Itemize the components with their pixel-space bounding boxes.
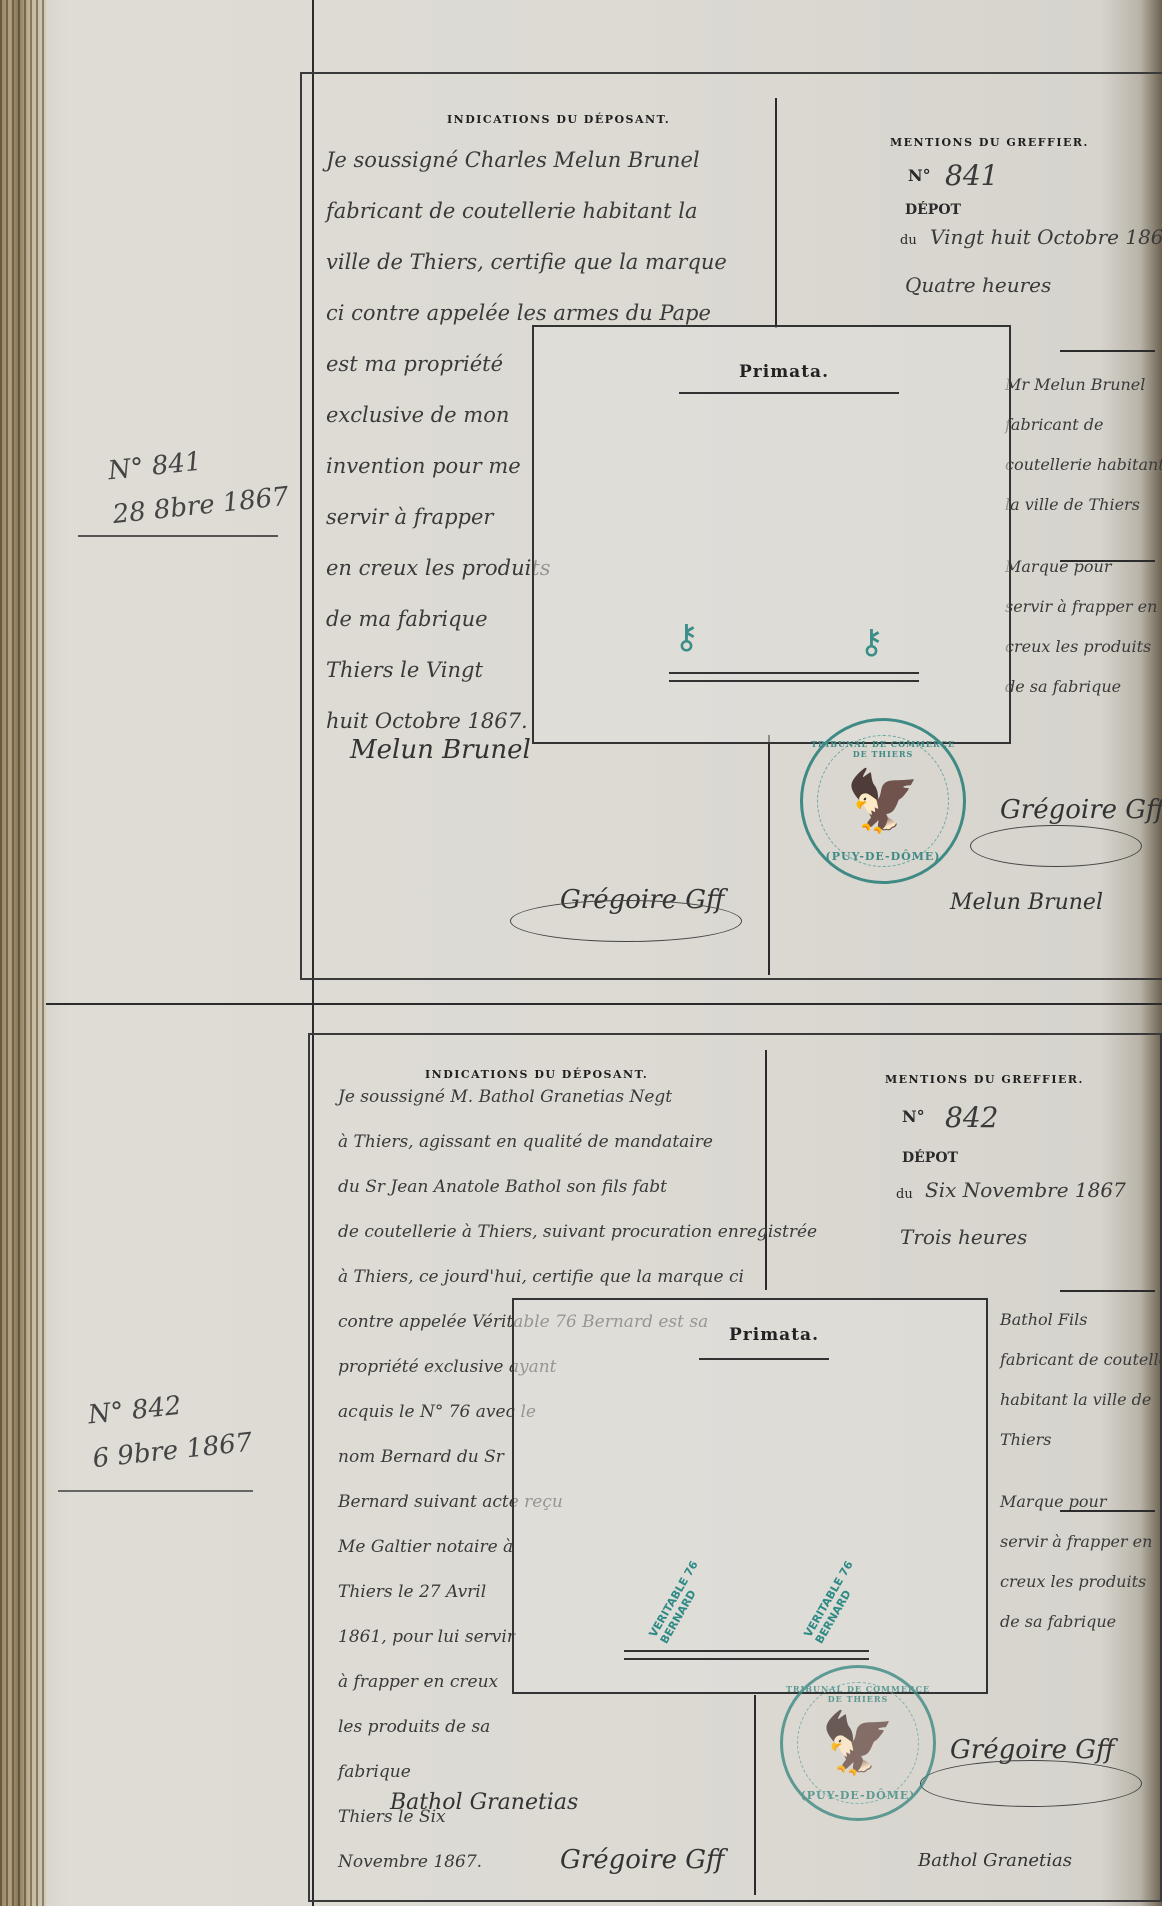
court-seal: TRIBUNAL DE COMMERCE DE THIERS 🦅 (PUY-DE… [780,1665,936,1821]
depot-time: Trois heures [900,1212,1027,1263]
eagle-icon: 🦅 [821,1708,896,1779]
signature-flourish [920,1760,1142,1807]
signature-flourish [510,900,742,942]
deposant-header: INDICATIONS DU DÉPOSANT. [447,113,670,126]
mark-baseline [669,672,919,682]
greffier-header: MENTIONS DU GREFFIER. [890,136,1089,149]
depot-time: Quatre heures [905,260,1051,311]
greffier-header: MENTIONS DU GREFFIER. [885,1073,1084,1086]
crossed-keys-stamp-icon: ⚷ [859,622,884,662]
mark-box-record-2: Primata. VERITABLE 76 BERNARD VERITABLE … [512,1298,988,1694]
record-1-column-divider [775,98,777,328]
greffier-depositor-signature: Bathol Granetias [918,1850,1072,1871]
greffier-clerk-signature: Grégoire Gff [1000,795,1162,825]
depot-date: Six Novembre 1867 [925,1165,1126,1216]
record-separator [46,1003,1162,1005]
margin-underline [78,535,278,537]
greffier-notes: Mr Melun Brunel fabricant de coutellerie… [1005,365,1162,707]
depot-date: Vingt huit Octobre 1867 [930,212,1162,263]
greffier-number-label: N° [908,166,931,185]
margin-note-record-2: N° 842 6 9bre 1867 [86,1377,255,1481]
du-label: du [896,1187,913,1202]
registry-page: N° 841 28 8bre 1867 INDICATIONS DU DÉPOS… [0,0,1162,1906]
veritable-stamp: VERITABLE 76 BERNARD [646,1559,711,1646]
greffier-number-label: N° [902,1107,925,1126]
signature-flourish [970,825,1142,867]
greffier-number-value: 841 [945,150,998,201]
du-label: du [900,233,917,248]
mark-box-record-1: Primata. ⚷ ⚷ [532,325,1011,744]
margin-underline [58,1490,253,1492]
title-underline [679,392,899,394]
depositor-signature: Bathol Granetias [390,1790,578,1815]
record-1-column-divider-lower [768,735,770,975]
depositor-signature: Melun Brunel [350,735,531,765]
eagle-icon: 🦅 [846,766,921,837]
greffier-rule [1060,1290,1155,1292]
veritable-stamp: VERITABLE 76 BERNARD [801,1559,866,1646]
margin-note-record-1: N° 841 28 8bre 1867 [106,431,291,537]
greffier-rule [1060,560,1155,562]
court-seal: TRIBUNAL DE COMMERCE DE THIERS 🦅 (PUY-DE… [800,718,966,884]
mark-title: Primata. [729,1325,819,1345]
book-spine [0,0,46,1906]
clerk-signature: Grégoire Gff [560,1845,724,1875]
greffier-depositor-signature: Melun Brunel [950,890,1103,915]
mark-title: Primata. [739,362,829,382]
title-underline [699,1358,829,1360]
mark-baseline [624,1650,869,1660]
greffier-number-value: 842 [945,1092,998,1143]
crossed-keys-stamp-icon: ⚷ [674,617,699,657]
greffier-rule [1060,350,1155,352]
depot-label: DÉPOT [902,1150,958,1166]
greffier-notes: Bathol Fils fabricant de coutellerie hab… [1000,1300,1162,1642]
greffier-rule [1060,1510,1155,1512]
